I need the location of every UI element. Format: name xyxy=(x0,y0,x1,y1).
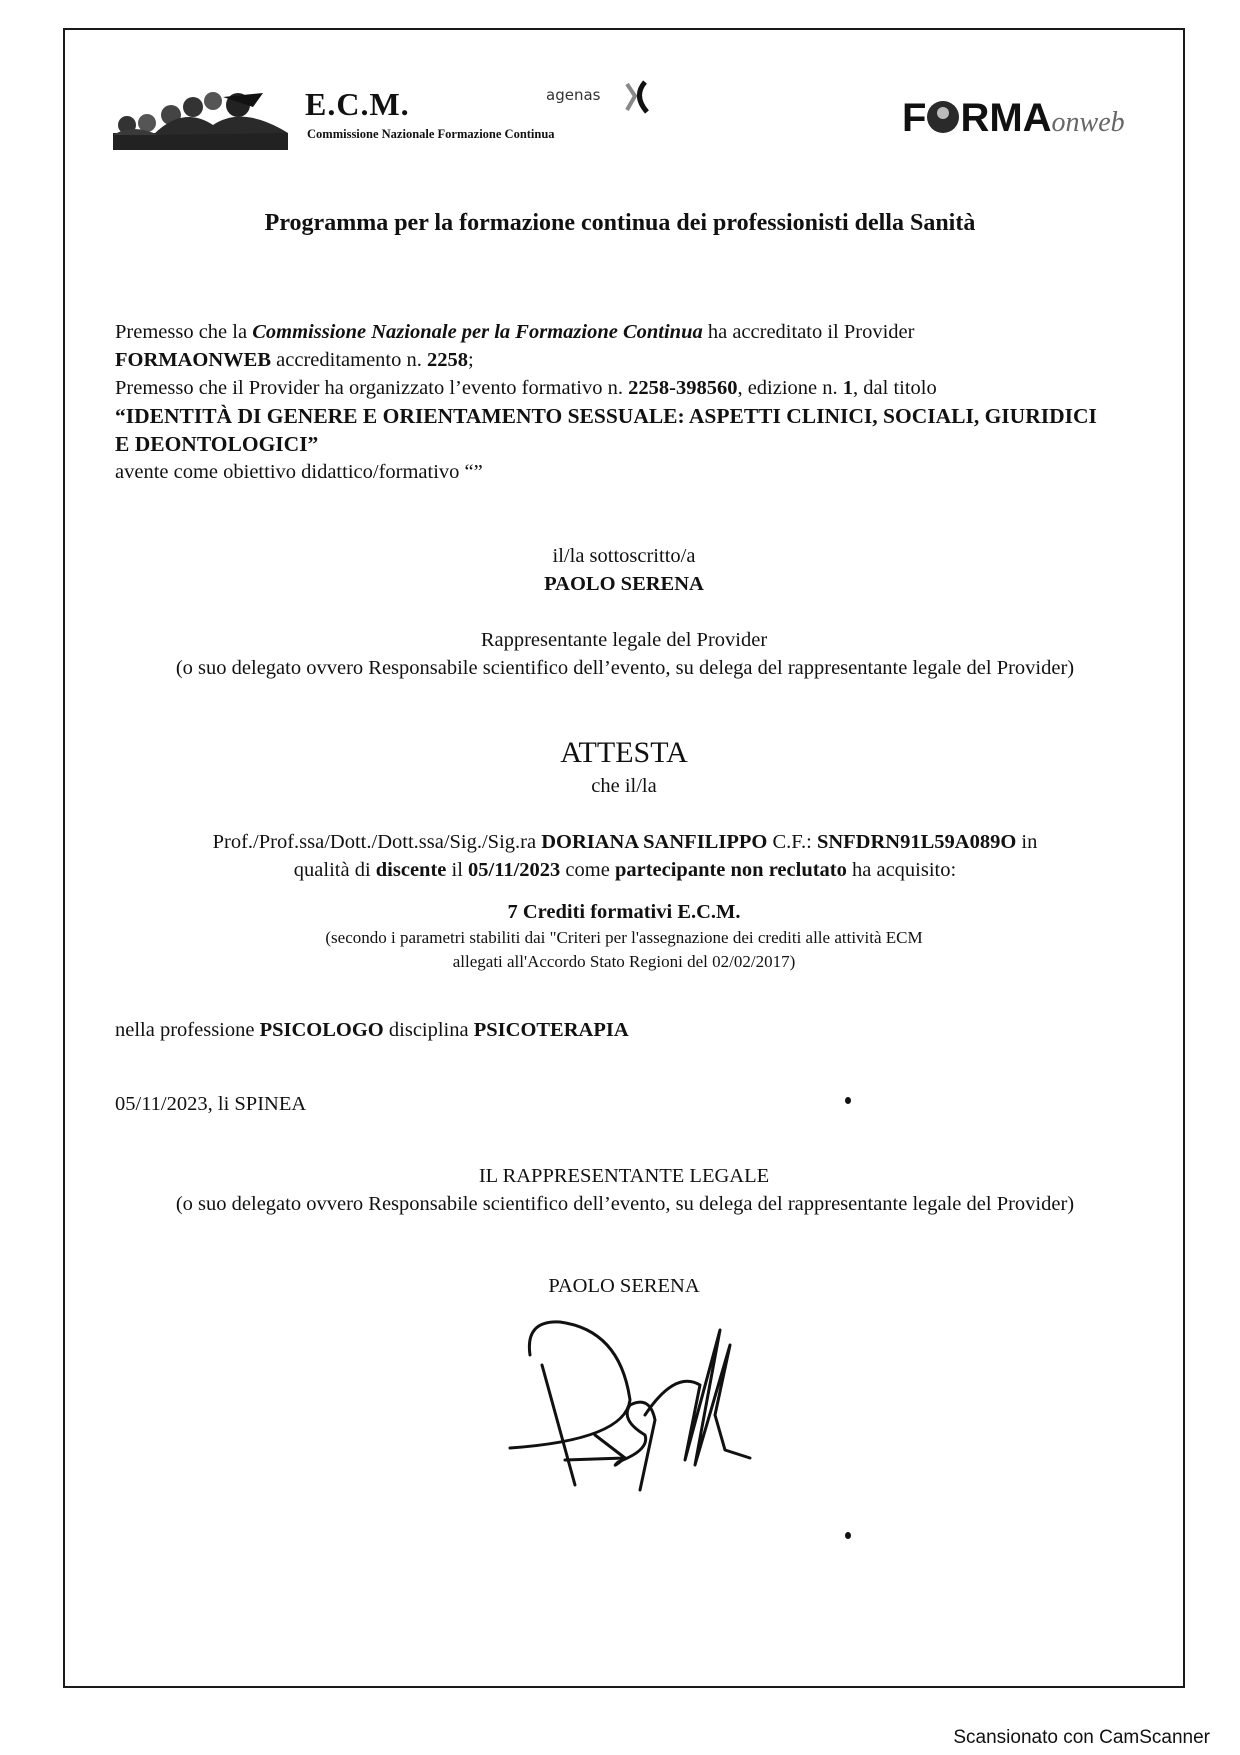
participant-type: partecipante non reclutato xyxy=(615,859,847,881)
participant-statement: Prof./Prof.ssa/Dott./Dott.ssa/Sig./Sig.r… xyxy=(110,828,1140,884)
undersigned-name: PAOLO SERENA xyxy=(63,570,1185,598)
participation-date: 05/11/2023 xyxy=(468,859,560,881)
camscanner-watermark: Scansionato con CamScanner xyxy=(953,1727,1210,1749)
person-circle-icon xyxy=(927,101,959,133)
premise-accreditation: Premesso che la Commissione Nazionale pe… xyxy=(115,318,1135,374)
ecm-logo-subtitle: Commissione Nazionale Formazione Continu… xyxy=(307,127,555,142)
fiscal-code: SNFDRN91L59A089O xyxy=(817,831,1016,853)
profession: PSICOLOGO xyxy=(260,1019,384,1041)
signature-note: (o suo delegato ovvero Responsabile scie… xyxy=(130,1190,1120,1218)
forma-letters-rma: RMA xyxy=(960,96,1051,140)
scan-speck xyxy=(845,1532,851,1539)
scan-speck xyxy=(845,1097,851,1104)
objective-line: avente come obiettivo didattico/formativ… xyxy=(115,458,1135,486)
place-date: 05/11/2023, li SPINEA xyxy=(115,1090,1135,1118)
forma-letter-f: F xyxy=(902,96,926,140)
agenas-logo-text: agenas xyxy=(546,86,600,104)
role-line: Rappresentante legale del Provider xyxy=(63,626,1185,654)
undersigned-label: il/la sottoscritto/a xyxy=(63,542,1185,570)
credits-note-line2: allegati all'Accordo Stato Regioni del 0… xyxy=(63,950,1185,974)
forma-suffix-onweb: onweb xyxy=(1052,107,1125,138)
premise-event: Premesso che il Provider ha organizzato … xyxy=(115,374,1135,402)
agenas-x-icon xyxy=(625,80,649,114)
signature-title: IL RAPPRESENTANTE LEGALE xyxy=(63,1162,1185,1190)
ecm-logo-picture xyxy=(113,85,288,150)
ecm-logo-title: E.C.M. xyxy=(305,86,410,123)
event-number: 2258-398560 xyxy=(628,377,737,399)
credits-note-line1: (secondo i parametri stabiliti dai "Crit… xyxy=(63,926,1185,950)
attesta-heading: ATTESTA xyxy=(63,736,1185,770)
event-title: “IDENTITÀ DI GENERE E ORIENTAMENTO SESSU… xyxy=(115,402,1105,458)
participant-name: DORIANA SANFILIPPO xyxy=(541,831,767,853)
accreditation-number: 2258 xyxy=(427,349,468,371)
commission-name: Commissione Nazionale per la Formazione … xyxy=(252,321,703,343)
profession-line: nella professione PSICOLOGO disciplina P… xyxy=(115,1016,1135,1044)
provider-name: FORMAONWEB xyxy=(115,349,271,371)
participant-role: discente xyxy=(376,859,447,881)
credits-awarded: 7 Crediti formativi E.C.M. xyxy=(63,898,1185,926)
che-label: che il/la xyxy=(63,772,1185,800)
formaonweb-logo: FRMAonweb xyxy=(902,96,1125,141)
signer-name: PAOLO SERENA xyxy=(63,1272,1185,1300)
discipline: PSICOTERAPIA xyxy=(474,1019,629,1041)
edition-number: 1 xyxy=(843,377,853,399)
document-heading: Programma per la formazione continua dei… xyxy=(0,210,1240,237)
role-note: (o suo delegato ovvero Responsabile scie… xyxy=(130,654,1120,682)
handwritten-signature xyxy=(500,1310,760,1500)
